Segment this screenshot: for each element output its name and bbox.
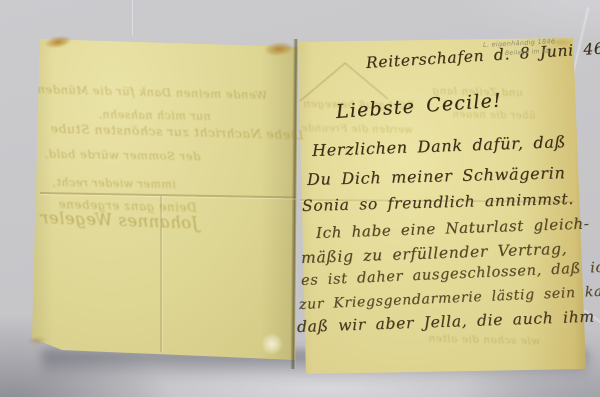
tape-stain xyxy=(27,335,48,346)
bleedthrough-line: der Sommer würde bald, xyxy=(44,147,201,164)
bleedthrough-line: werden die Freunde xyxy=(301,123,413,136)
bleedthrough-line: immer wieder recht, xyxy=(52,176,176,191)
bleedthrough-line: nur mich nahsehn, xyxy=(98,108,211,123)
backdrop-seam-line xyxy=(132,0,133,36)
tape-remnant-white xyxy=(261,333,283,355)
photo-of-handwritten-letter: Wende meinen Dank für die Münden nur mic… xyxy=(0,0,600,397)
